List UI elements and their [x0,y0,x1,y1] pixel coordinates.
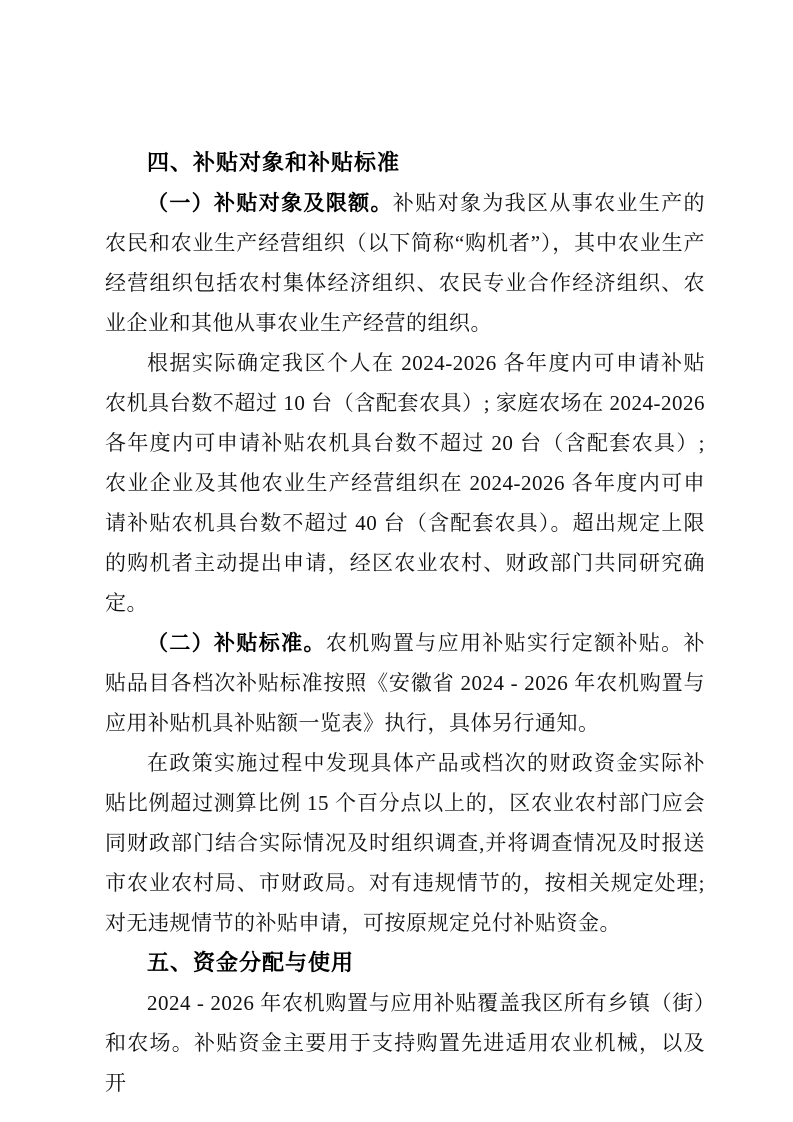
section-heading: 五、资金分配与使用 [105,943,705,983]
paragraph: 2024 - 2026 年农机购置与应用补贴覆盖我区所有乡镇（街）和农场。补贴资… [105,983,705,1103]
paragraph-text: 在政策实施过程中发现具体产品或档次的财政资金实际补贴比例超过测算比例 15 个百… [105,751,705,935]
paragraph-text: 2024 - 2026 年农机购置与应用补贴覆盖我区所有乡镇（街）和农场。补贴资… [105,991,705,1095]
paragraph: 在政策实施过程中发现具体产品或档次的财政资金实际补贴比例超过测算比例 15 个百… [105,743,705,943]
paragraph: 根据实际确定我区个人在 2024-2026 各年度内可申请补贴农机具台数不超过 … [105,343,705,623]
paragraph: （一）补贴对象及限额。补贴对象为我区从事农业生产的农民和农业生产经营组织（以下简… [105,183,705,343]
paragraph-lead: （一）补贴对象及限额。 [147,191,393,215]
document-page: 四、补贴对象和补贴标准 （一）补贴对象及限额。补贴对象为我区从事农业生产的农民和… [0,0,793,1122]
paragraph-lead: （二）补贴标准。 [147,631,326,655]
paragraph-text: 根据实际确定我区个人在 2024-2026 各年度内可申请补贴农机具台数不超过 … [105,351,705,615]
section-heading: 四、补贴对象和补贴标准 [105,143,705,183]
document-content: 四、补贴对象和补贴标准 （一）补贴对象及限额。补贴对象为我区从事农业生产的农民和… [105,143,705,1103]
paragraph: （二）补贴标准。农机购置与应用补贴实行定额补贴。补贴品目各档次补贴标准按照《安徽… [105,623,705,743]
